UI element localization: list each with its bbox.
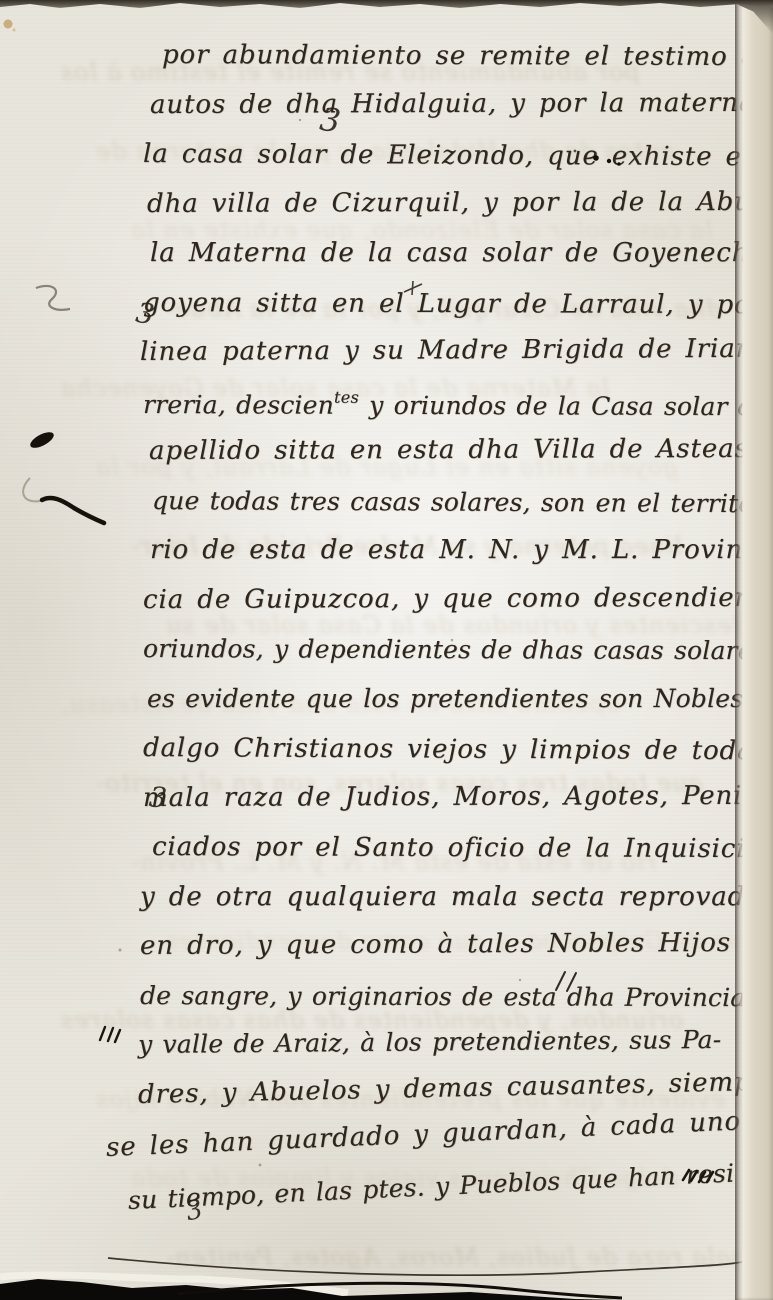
manuscript-line: y de otra qualquiera mala secta reprovad… <box>140 882 762 912</box>
manuscript-line: apellido sitta en esta dha Villa de Aste… <box>149 434 773 466</box>
manuscript-line: por abundamiento se remite el testimo à … <box>162 40 773 72</box>
manuscript-line: dha villa de Cizurquil, y por la de la A… <box>147 187 773 219</box>
manuscript-line: la casa solar de Eleizondo, que exhiste … <box>143 139 773 172</box>
manuscript-line: linea paterna y su Madre Brigida de Iria… <box>140 334 759 367</box>
manuscript-line: que todas tres casas solares, son en el … <box>152 486 762 518</box>
manuscript-line: se les han guardado y guardan, à cada un… <box>105 1104 773 1163</box>
page-fold-edge <box>735 0 773 1300</box>
manuscript-line: la Materna de la casa solar de Goyenecha <box>150 238 766 268</box>
manuscript-line: ciados por el Santo oficio de la Inquisi… <box>152 832 773 864</box>
superscript-insertion: tes <box>334 388 359 407</box>
manuscript-line: y valle de Araiz, à los pretendientes, s… <box>138 1025 722 1059</box>
manuscript-line: goyena sitta en el Lugar de Larraul, y p… <box>143 288 773 320</box>
manuscript-line: rio de esta de esta M. N. y M. L. Provin… <box>150 535 753 565</box>
manuscript-text-block: por abundamiento se remite el testimo à … <box>0 0 773 1300</box>
manuscript-line: es evidente que los pretendientes son No… <box>147 684 773 713</box>
manuscript-line: su tiempo, en las ptes. y Pueblos que ha… <box>127 1158 734 1214</box>
manuscript-line: rreria, descientes y oriundos de la Casa… <box>143 387 773 421</box>
manuscript-line: cia de Guipuzcoa, y que como descendient… <box>143 583 773 615</box>
manuscript-line: oriundos, y dependientes de dhas casas s… <box>143 634 766 665</box>
manuscript-line: dalgo Christianos viejos y limpios de to… <box>143 733 754 766</box>
manuscript-line: dres, y Abuelos y demas causantes, siemp… <box>138 1067 773 1110</box>
manuscript-line: en dro, y que como à tales Nobles Hijos … <box>140 927 773 961</box>
manuscript-line: de sangre, y originarios de esta dha Pro… <box>140 981 746 1012</box>
manuscript-page: por abundamiento se remite el testimo à … <box>0 0 773 1300</box>
descender-flourish: 3 <box>148 783 168 812</box>
manuscript-line: mala raza de Judios, Moros, Agotes, Peni… <box>143 781 773 813</box>
manuscript-line: autos de dha Hidalguia, y por la materna… <box>150 88 773 120</box>
line-text-after-insertion: y oriundos de la Casa solar de su <box>359 391 773 422</box>
line-text-before-insertion: rreria, descien <box>143 390 334 420</box>
